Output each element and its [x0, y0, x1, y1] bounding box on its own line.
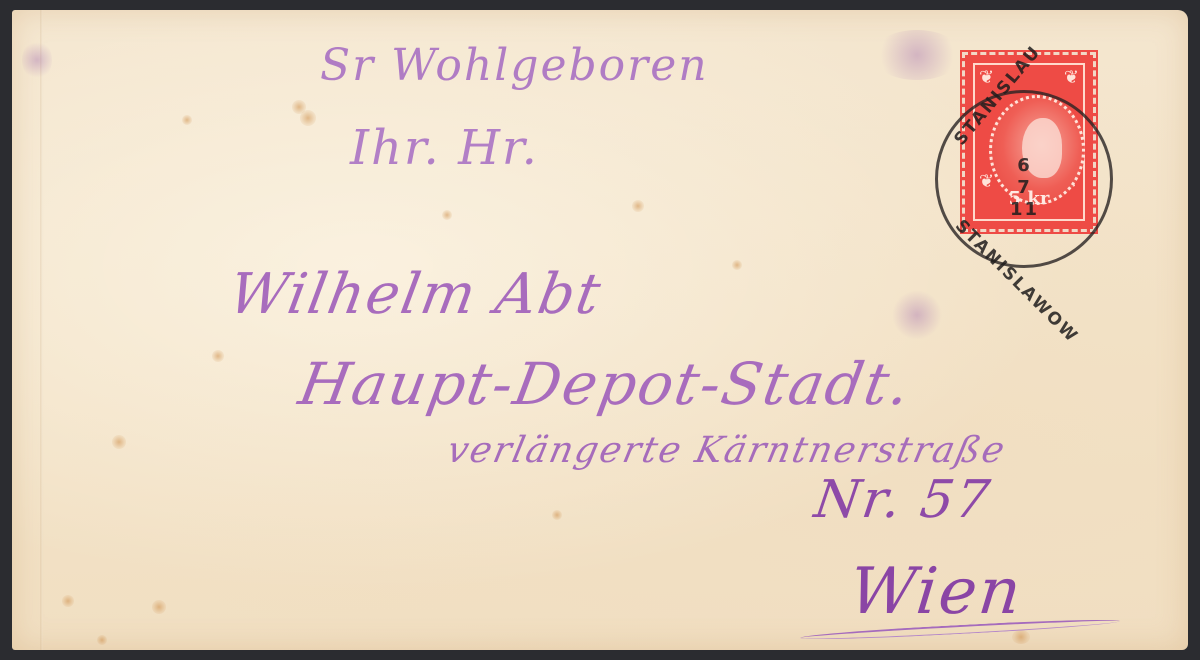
postmark-date: 6 7 11 — [1010, 155, 1039, 221]
stain — [632, 200, 644, 212]
stain — [97, 635, 107, 645]
stain — [1012, 630, 1030, 644]
address-line-number: Nr. 57 — [811, 470, 995, 530]
ornament-icon: ❦ — [979, 69, 994, 87]
stain — [182, 115, 192, 125]
ink-smudge — [872, 30, 962, 80]
postmark-date-month: 7 — [1010, 177, 1039, 199]
stain — [300, 110, 316, 126]
stain — [212, 350, 224, 362]
postmark-date-hour: 11 — [1010, 199, 1039, 221]
address-line-honorific: Ihr. Hr. — [350, 120, 539, 176]
postmark-date-day: 6 — [1010, 155, 1039, 177]
address-line-company: Haupt-Depot-Stadt. — [294, 350, 917, 418]
envelope-fold — [40, 10, 43, 650]
ink-smudge — [892, 290, 942, 340]
ink-smudge — [22, 40, 52, 80]
stain — [112, 435, 126, 449]
address-line-recipient: Wilhelm Abt — [224, 262, 607, 327]
stain — [552, 510, 562, 520]
address-line-salutation: Sr Wohlgeboren — [320, 40, 709, 91]
address-line-city: Wien — [846, 555, 1026, 629]
stain — [152, 600, 166, 614]
stain — [732, 260, 742, 270]
postmark: STANISLAU STANISLAWOW 6 7 11 — [935, 90, 1113, 268]
ornament-icon: ❦ — [1064, 69, 1079, 87]
address-line-street: verlängerte Kärntnerstraße — [444, 430, 1010, 471]
stain — [62, 595, 74, 607]
stain — [442, 210, 452, 220]
